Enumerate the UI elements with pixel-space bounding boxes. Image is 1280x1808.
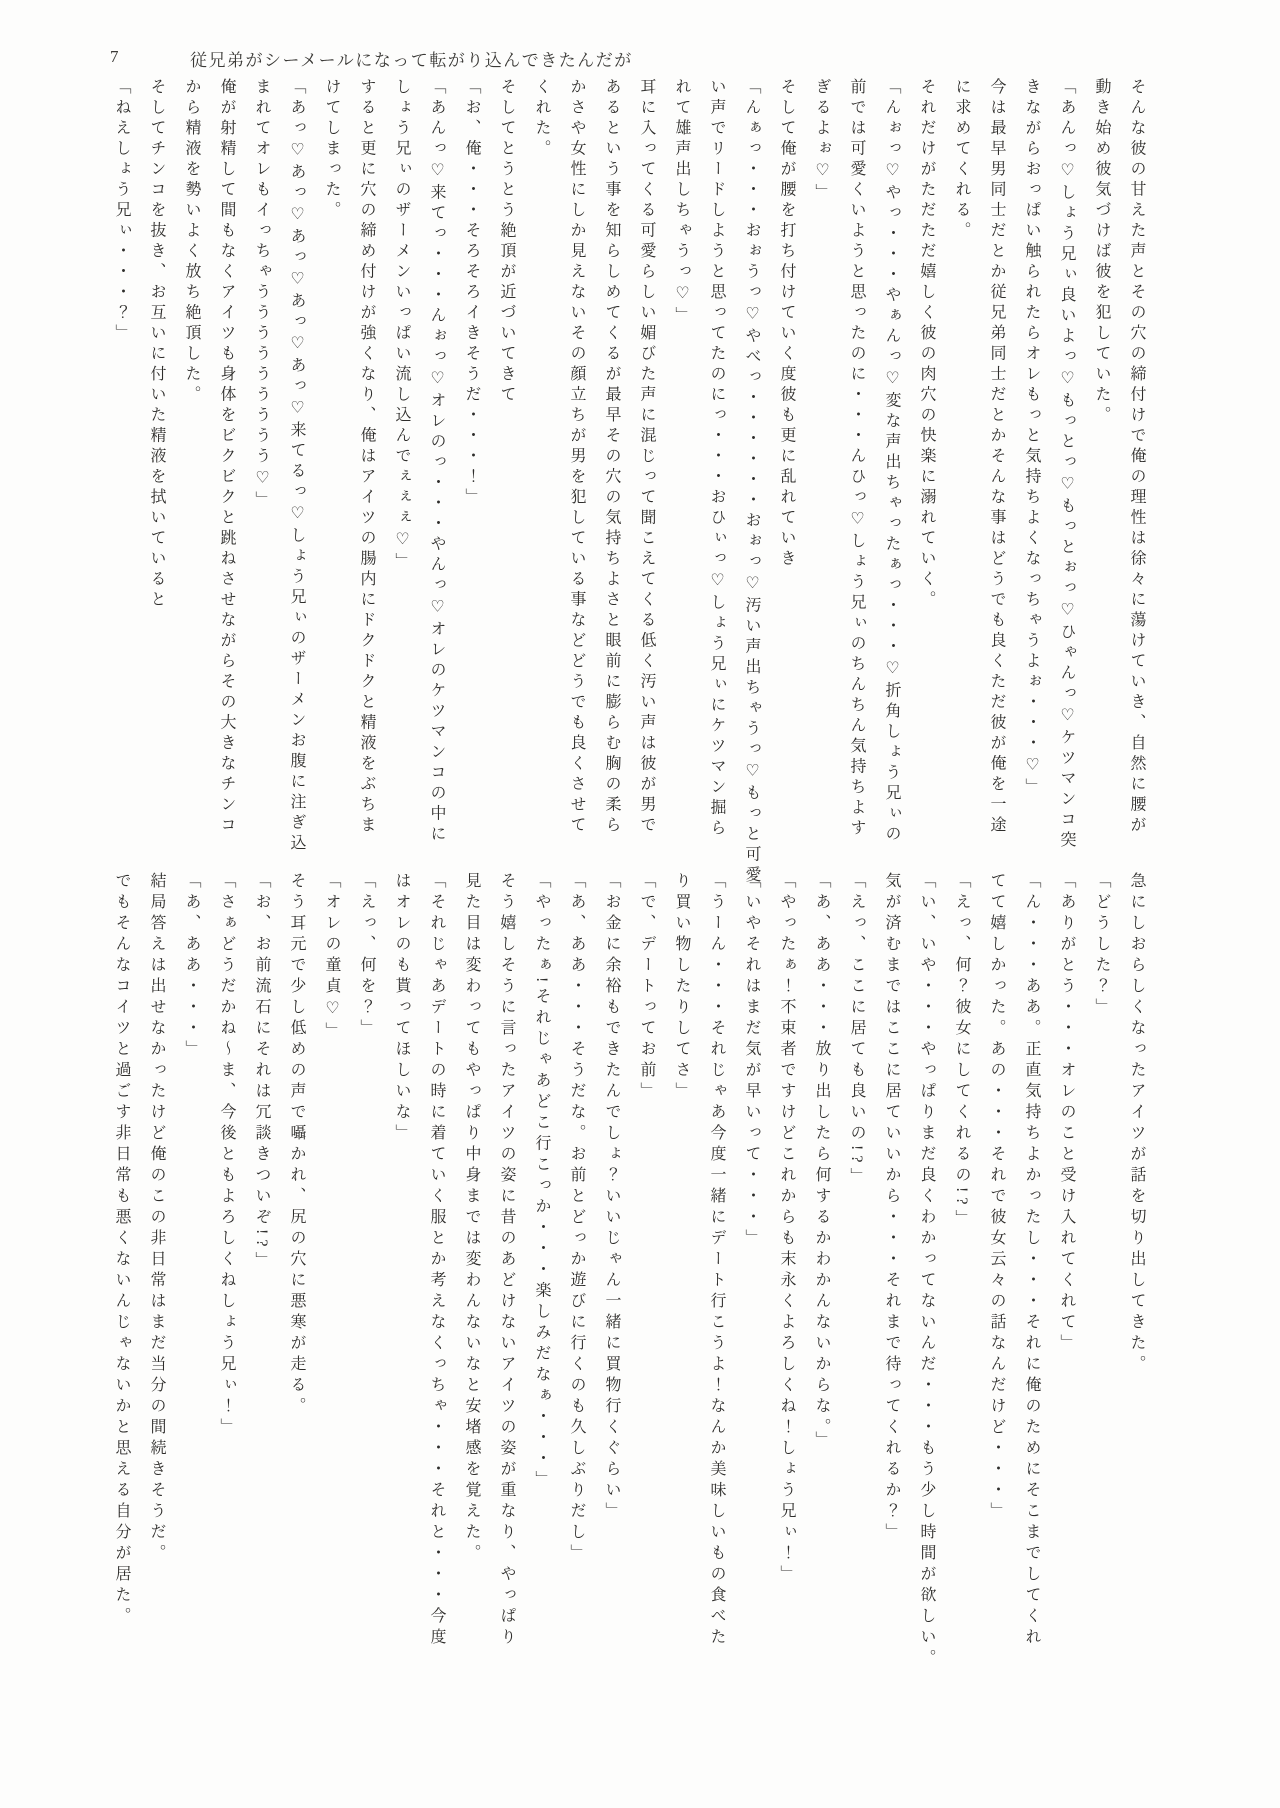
text-column: 「やったぁ!それじゃあどこ行こっか・・・楽しみだなぁ・・・」 <box>524 872 559 1706</box>
text-column: 「それじゃあデートの時に着ていく服とか考えなくっちゃ・・・それと・・・今度 <box>419 872 454 1706</box>
text-column: そんな彼の甘えた声とその穴の締付けで俺の理性は徐々に蕩けていき、自然に腰が <box>1119 78 1154 842</box>
text-column: 「い、いや・・・やっぱりまだ良くわかってないんだ・・・もう少し時間が欲しい。 <box>909 872 944 1706</box>
text-column: くれた。 <box>524 78 559 842</box>
text-column: 「んぉっ♡やっ・・・やぁんっ♡変な声出ちゃったぁっ・・・♡折角しょう兄ぃの <box>874 78 909 842</box>
text-column: れて雄声出しちゃうっ♡」 <box>664 78 699 842</box>
text-column: 「さぁどうだかね〜ま、今後ともよろしくねしょう兄ぃ！」 <box>209 872 244 1706</box>
text-column: それだけがただただ嬉しく彼の肉穴の快楽に溺れていく。 <box>909 78 944 842</box>
text-column: そしてとうとう絶頂が近づいてきて <box>489 78 524 842</box>
page-number: 7 <box>110 47 119 67</box>
text-column: 「お、俺・・・そろそろイきそうだ・・・！」 <box>454 78 489 842</box>
text-column: から精液を勢いよく放ち絶頂した。 <box>174 78 209 842</box>
text-column: はオレのも貰ってほしいな」 <box>384 872 419 1706</box>
text-column: てて嬉しかった。あの・・・それで彼女云々の話なんだけど・・・」 <box>979 872 1014 1706</box>
text-column: しょう兄ぃのザーメンいっぱい流し込んでぇぇぇ♡」 <box>384 78 419 842</box>
text-column: 「あ、ああ・・・」 <box>174 872 209 1706</box>
text-column: 結局答えは出せなかったけど俺のこの非日常はまだ当分の間続きそうだ。 <box>139 872 174 1706</box>
text-column: 「オレの童貞♡」 <box>314 872 349 1706</box>
text-column: り買い物したりしてさ」 <box>664 872 699 1706</box>
text-column: 「うーん・・・それじゃあ今度一緒にデート行こうよ！なんか美味しいもの食べた <box>699 872 734 1706</box>
text-column: 「ありがとう・・・オレのこと受け入れてくれて」 <box>1049 872 1084 1706</box>
text-column: そう耳元で少し低めの声で囁かれ、尻の穴に悪寒が走る。 <box>279 872 314 1706</box>
text-column: 「あんっ♡しょう兄ぃ良いよっ♡もっとっ♡もっとぉっ♡ひゃんっ♡ケツマンコ突 <box>1049 78 1084 842</box>
document-page: { "page": { "number": "7", "title": "従兄弟… <box>0 0 1280 1808</box>
text-column: 耳に入ってくる可愛らしい媚びた声に混じって聞こえてくる低く汚い声は彼が男で <box>629 78 664 842</box>
text-column: けてしまった。 <box>314 78 349 842</box>
text-column: い声でリードしようと思ってたのにっ・・・おひぃっ♡しょう兄ぃにケツマン掘ら <box>699 78 734 842</box>
text-column: 動き始め彼気づけば彼を犯していた。 <box>1084 78 1119 842</box>
page-title: 従兄弟がシーメールになって転がり込んできたんだが <box>190 46 633 71</box>
text-column: 急にしおらしくなったアイツが話を切り出してきた。 <box>1119 872 1154 1706</box>
page-header: 7 従兄弟がシーメールになって転がり込んできたんだが <box>0 46 1280 70</box>
text-column: そしてチンコを抜き、お互いに付いた精液を拭いていると <box>139 78 174 842</box>
text-column: に求めてくれる。 <box>944 78 979 842</box>
text-column: あるという事を知らしめてくるが最早その穴の気持ちよさと眼前に膨らむ胸の柔ら <box>594 78 629 842</box>
text-column: ぎるよぉ♡」 <box>804 78 839 842</box>
text-column: 「んぁっ・・・おぉうっ♡やべっ・・・・・・おぉっ♡汚い声出ちゃうっ♡もっと可愛 <box>734 78 769 842</box>
text-column: 「あ、ああ・・・そうだな。お前とどっか遊びに行くのも久しぶりだし」 <box>559 872 594 1706</box>
text-column: 気が済むまではここに居ていいから・・・それまで待ってくれるか？」 <box>874 872 909 1706</box>
text-column: 「いやそれはまだ気が早いって・・・」 <box>734 872 769 1706</box>
text-column: そう嬉しそうに言ったアイツの姿に昔のあどけないアイツの姿が重なり、やっぱり <box>489 872 524 1706</box>
text-column: かさや女性にしか見えないその顔立ちが男を犯している事などどうでも良くさせて <box>559 78 594 842</box>
text-column: 今は最早男同士だとか従兄弟同士だとかそんな事はどうでも良くただ彼が俺を一途 <box>979 78 1014 842</box>
text-column: 「で、デートってお前」 <box>629 872 664 1706</box>
text-column: 「あっ♡あっ♡あっ♡あっ♡あっ♡来てるっ♡しょう兄ぃのザーメンお腹に注ぎ込 <box>279 78 314 842</box>
top-text-block: そんな彼の甘えた声とその穴の締付けで俺の理性は徐々に蕩けていき、自然に腰が動き始… <box>104 78 1154 842</box>
text-column: 「どうした？」 <box>1084 872 1119 1706</box>
text-column: 「お金に余裕もできたんでしょ？いいじゃん一緒に買物行くぐらい」 <box>594 872 629 1706</box>
text-column: 「あ、ああ・・・放り出したら何するかわかんないからな。」 <box>804 872 839 1706</box>
text-column: 俺が射精して間もなくアイツも身体をビクビクと跳ねさせながらその大きなチンコ <box>209 78 244 842</box>
text-column: 「やったぁ！不束者ですけどこれからも末永くよろしくね！しょう兄ぃ！」 <box>769 872 804 1706</box>
text-column: 「えっ、何を？」 <box>349 872 384 1706</box>
text-column: すると更に穴の締め付けが強くなり、俺はアイツの腸内にドクドクと精液をぶちま <box>349 78 384 842</box>
text-column: 「ん・・・ああ。正直気持ちよかったし・・・それに俺のためにそこまでしてくれ <box>1014 872 1049 1706</box>
text-column: 「えっ、ここに居ても良いの!?」 <box>839 872 874 1706</box>
text-column: 見た目は変わってもやっぱり中身までは変わんないなと安堵感を覚えた。 <box>454 872 489 1706</box>
text-column: 「お、お前流石にそれは冗談きついぞ!?」 <box>244 872 279 1706</box>
text-column: そして俺が腰を打ち付けていく度彼も更に乱れていき <box>769 78 804 842</box>
text-column: でもそんなコイツと過ごす非日常も悪くないんじゃないかと思える自分が居た。 <box>104 872 139 1706</box>
text-column: 「ねえしょう兄ぃ・・・？」 <box>104 78 139 842</box>
text-column: きながらおっぱい触られたらオレもっと気持ちよくなっちゃうよぉ・・・♡」 <box>1014 78 1049 842</box>
text-column: まれてオレもイっちゃううううううううう♡」 <box>244 78 279 842</box>
bottom-text-block: 急にしおらしくなったアイツが話を切り出してきた。「どうした？」「ありがとう・・・… <box>104 872 1154 1706</box>
text-column: 「あんっ♡来てっ・・・んぉっ♡オレのっ・・・やんっ♡オレのケツマンコの中に <box>419 78 454 842</box>
text-column: 「えっ、何？彼女にしてくれるの!?」 <box>944 872 979 1706</box>
text-column: 前では可愛くいようと思ったのに・・・んひっ♡しょう兄ぃのちんちん気持ちよす <box>839 78 874 842</box>
